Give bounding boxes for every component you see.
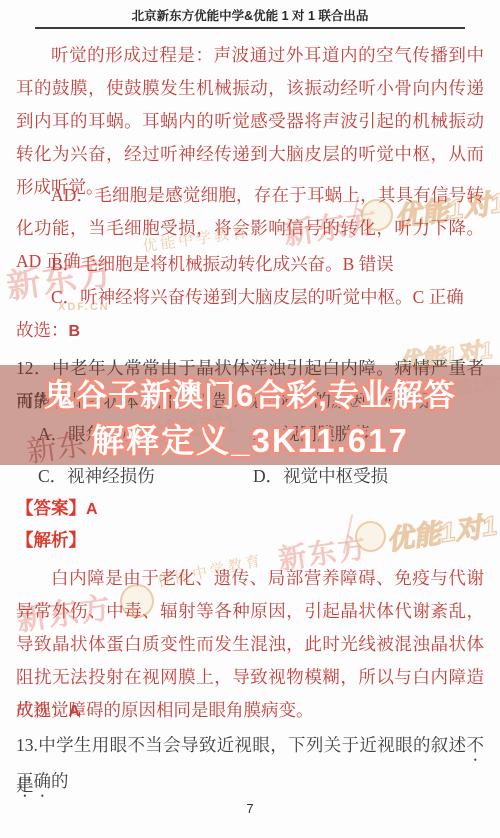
overlay-ad-text-line2[interactable]: 解释定义_3K11.617 <box>0 415 500 462</box>
conclusion-label: 故选： <box>16 320 69 340</box>
conclusion-q11: 故选：B <box>16 314 484 348</box>
answer-label: 【答案】 <box>16 498 86 518</box>
answer-value: A <box>86 501 98 518</box>
page-number: 7 <box>0 801 500 816</box>
analysis-label: 【解析】 <box>16 530 86 550</box>
analysis-label-line: 【解析】 <box>16 524 484 557</box>
answer-line: 【答案】A <box>16 492 484 526</box>
overlay-ad-banner[interactable]: 鬼谷子新澳门6合彩,专业解答 解释定义_3K11.617 <box>0 365 500 465</box>
conclusion-value: B <box>69 323 81 340</box>
header-title: 北京新东方优能中学&优能 1 对 1 联合出品 <box>132 9 369 23</box>
conclusion-value: A <box>69 703 81 720</box>
conclusion-label: 故选： <box>16 700 69 720</box>
conclusion-q12: 故选：A <box>16 694 484 728</box>
overlay-ad-text-line1[interactable]: 鬼谷子新澳门6合彩,专业解答 <box>0 370 500 415</box>
question-13-line2: 是 <box>16 769 484 802</box>
document-page: 北京新东方优能中学&优能 1 对 1 联合出品 新东方 优能1对1 优能中学教育… <box>0 0 500 838</box>
question-13-prefix: 13.中学生用眼不当会导致近视眼，下列关于近视眼的叙述 <box>16 735 467 755</box>
option-b-analysis: B．毛细胞是将机械振动转化成兴奋。B 错误 <box>16 248 484 281</box>
page-header: 北京新东方优能中学&优能 1 对 1 联合出品 <box>35 0 465 29</box>
option-c-analysis: C．听神经将兴奋传递到大脑皮层的听觉中枢。C 正确 <box>16 281 484 314</box>
